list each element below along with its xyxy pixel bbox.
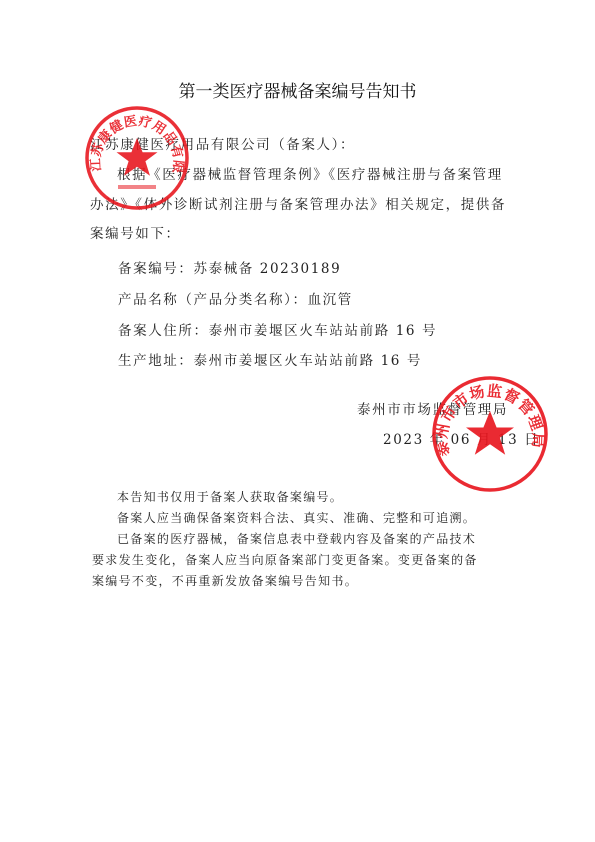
note-3: 已备案的医疗器械，备案信息表中登载内容及备案的产品技术: [117, 530, 476, 547]
note-5: 案编号不变，不再重新发放备案编号告知书。: [92, 572, 358, 589]
intro-line-3: 案编号如下：: [90, 222, 181, 242]
document-title: 第一类医疗器械备案编号告知书: [0, 77, 595, 102]
field-value: 泰州市姜堰区火车站站前路 16 号: [209, 323, 437, 339]
note-4: 要求发生变化，备案人应当向原备案部门变更备案。变更备案的备: [92, 551, 478, 568]
note-1: 本告知书仅用于备案人获取备案编号。: [117, 488, 343, 505]
field-registrant-address: 备案人住所：泰州市姜堰区火车站站前路 16 号: [118, 319, 437, 339]
field-label: 备案编号：: [118, 261, 194, 277]
field-label: 备案人住所：: [118, 323, 209, 339]
issue-date: 2023 年 06 月 13 日: [383, 428, 539, 448]
field-value: 泰州市姜堰区火车站站前路 16 号: [194, 353, 422, 369]
note-2: 备案人应当确保备案资料合法、真实、准确、完整和可追溯。: [117, 509, 476, 526]
intro-line-2: 办法》《体外诊断试剂注册与备案管理办法》相关规定，提供备: [90, 193, 506, 213]
field-value: 苏泰械备 20230189: [194, 261, 342, 277]
field-label: 生产地址：: [118, 353, 194, 369]
field-value: 血沉管: [308, 292, 353, 308]
field-product-name: 产品名称（产品分类名称）：血沉管: [118, 288, 353, 308]
document-page: 第一类医疗器械备案编号告知书 江苏康健医疗用品有限公司（备案人）： 根据《医疗器…: [0, 0, 595, 842]
field-production-address: 生产地址：泰州市姜堰区火车站站前路 16 号: [118, 349, 422, 369]
issuer: 泰州市市场监督管理局: [357, 398, 508, 418]
field-record-number: 备案编号：苏泰械备 20230189: [118, 257, 341, 277]
addressee: 江苏康健医疗用品有限公司（备案人）：: [90, 133, 355, 153]
field-label: 产品名称（产品分类名称）：: [118, 292, 308, 308]
intro-line-1: 根据《医疗器械监督管理条例》《医疗器械注册与备案管理: [117, 163, 503, 183]
